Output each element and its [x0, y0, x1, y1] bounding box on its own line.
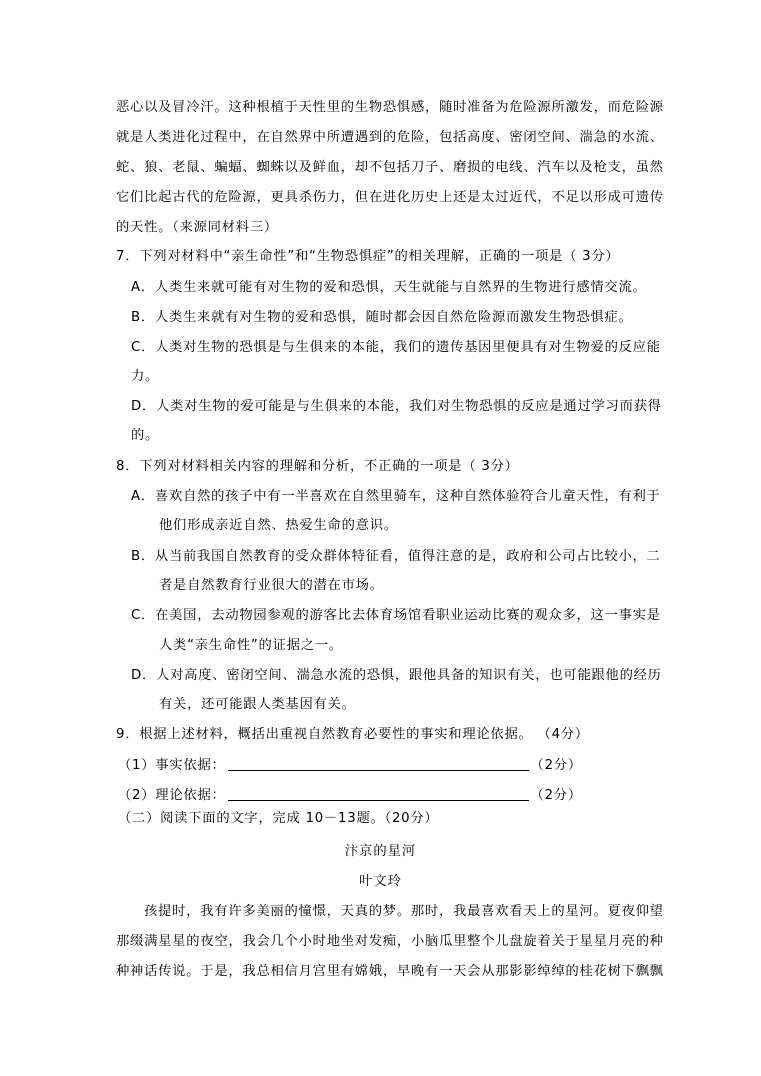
q8-option-b-cont: 者是自然教育行业很大的潜在市场。	[159, 578, 384, 594]
q8-option-c-cont: 人类“亲生命性”的证据之一。	[159, 638, 343, 654]
section-2-intro: （二）阅读下面的文字，完成 10－13题。（20分）	[118, 811, 438, 827]
material-line: 蛇、狼、老鼠、蝙蝠、蜘蛛以及鲜血，却不包括刀子、磨损的电线、汽车以及枪支，虽然	[116, 160, 664, 176]
document-page: 恶心以及冒冷汗。这种根植于天性里的生物恐惧感，随时准备为危险源所激发，而危险源 …	[0, 0, 761, 1076]
q7-option-d-cont: 的。	[131, 428, 159, 444]
q9-blank-label: （1）事实依据：	[118, 758, 226, 773]
material-line: 它们比起古代的危险源，更具杀伤力，但在进化历史上还是太过近代，不足以形成可遗传	[116, 190, 664, 206]
theory-basis-answer-line[interactable]	[228, 799, 529, 801]
material-line: 的天性。（来源同材料三）	[116, 220, 278, 236]
q8-option-d-cont: 有关，还可能跟人类基因有关。	[159, 697, 356, 713]
q9-blank-points: （2分）	[531, 788, 582, 803]
fact-basis-answer-line[interactable]	[228, 769, 529, 771]
q8-option-b: B．从当前我国自然教育的受众群体特征看，值得注意的是，政府和公司占比较小，二	[131, 549, 661, 565]
paragraph-line: 种神话传说。于是，我总相信月宫里有嫦娥，早晚有一天会从那影影绰绰的桂花树下飘飘	[116, 964, 664, 980]
q7-option-a: A．人类生来就可能有对生物的爱和恐惧，天生就能与自然界的生物进行感情交流。	[131, 280, 647, 296]
question-9-stem: 9．根据上述材料，概括出重视自然教育必要性的事实和理论依据。 （4分）	[116, 727, 589, 743]
material-line: 就是人类进化过程中，在自然界中所遭遇到的危险，包括高度、密闭空间、湍急的水流、	[116, 130, 664, 146]
material-line: 恶心以及冒冷汗。这种根植于天性里的生物恐惧感，随时准备为危险源所激发，而危险源	[116, 100, 664, 116]
question-8-stem: 8．下列对材料相关内容的理解和分析，不正确的一项是（ 3分）	[116, 459, 519, 475]
q9-blank-points: （2分）	[531, 758, 582, 773]
paragraph-line: 那缀满星星的夜空，我会几个小时地坐对发痴，小脑瓜里整个儿盘旋着关于星星月亮的种	[116, 934, 664, 950]
q7-option-c-cont: 力。	[131, 369, 159, 385]
q9-blank-row-theory: （2）理论依据：（2分）	[118, 788, 582, 804]
q8-option-d: D．人对高度、密闭空间、湍急水流的恐惧，跟他具备的知识有关，也可能跟他的经历	[131, 668, 662, 684]
article-author: 叶文玲	[0, 874, 761, 890]
q9-blank-row-facts: （1）事实依据：（2分）	[118, 758, 582, 774]
q8-option-a: A．喜欢自然的孩子中有一半喜欢在自然里骑车，这种自然体验符合儿童天性，有利于	[131, 489, 661, 505]
q7-option-d: D．人类对生物的爱可能是与生俱来的本能，我们对生物恐惧的反应是通过学习而获得	[131, 399, 662, 415]
article-title: 汴京的星河	[0, 844, 761, 860]
paragraph-line: 孩提时，我有许多美丽的憧憬，天真的梦。那时，我最喜欢看天上的星河。夏夜仰望	[144, 904, 664, 920]
q8-option-c: C．在美国，去动物园参观的游客比去体育场馆看职业运动比赛的观众多，这一事实是	[131, 608, 661, 624]
question-7-stem: 7．下列对材料中“亲生命性”和“生物恐惧症”的相关理解，正确的一项是（ 3分）	[116, 249, 619, 265]
q8-option-a-cont: 他们形成亲近自然、热爱生命的意识。	[159, 518, 398, 534]
q9-blank-label: （2）理论依据：	[118, 788, 226, 803]
q7-option-c: C．人类对生物的恐惧是与生俱来的本能，我们的遗传基因里便具有对生物爱的反应能	[131, 340, 661, 356]
q7-option-b: B．人类生来就有对生物的爱和恐惧，随时都会因自然危险源而激发生物恐惧症。	[131, 310, 633, 326]
